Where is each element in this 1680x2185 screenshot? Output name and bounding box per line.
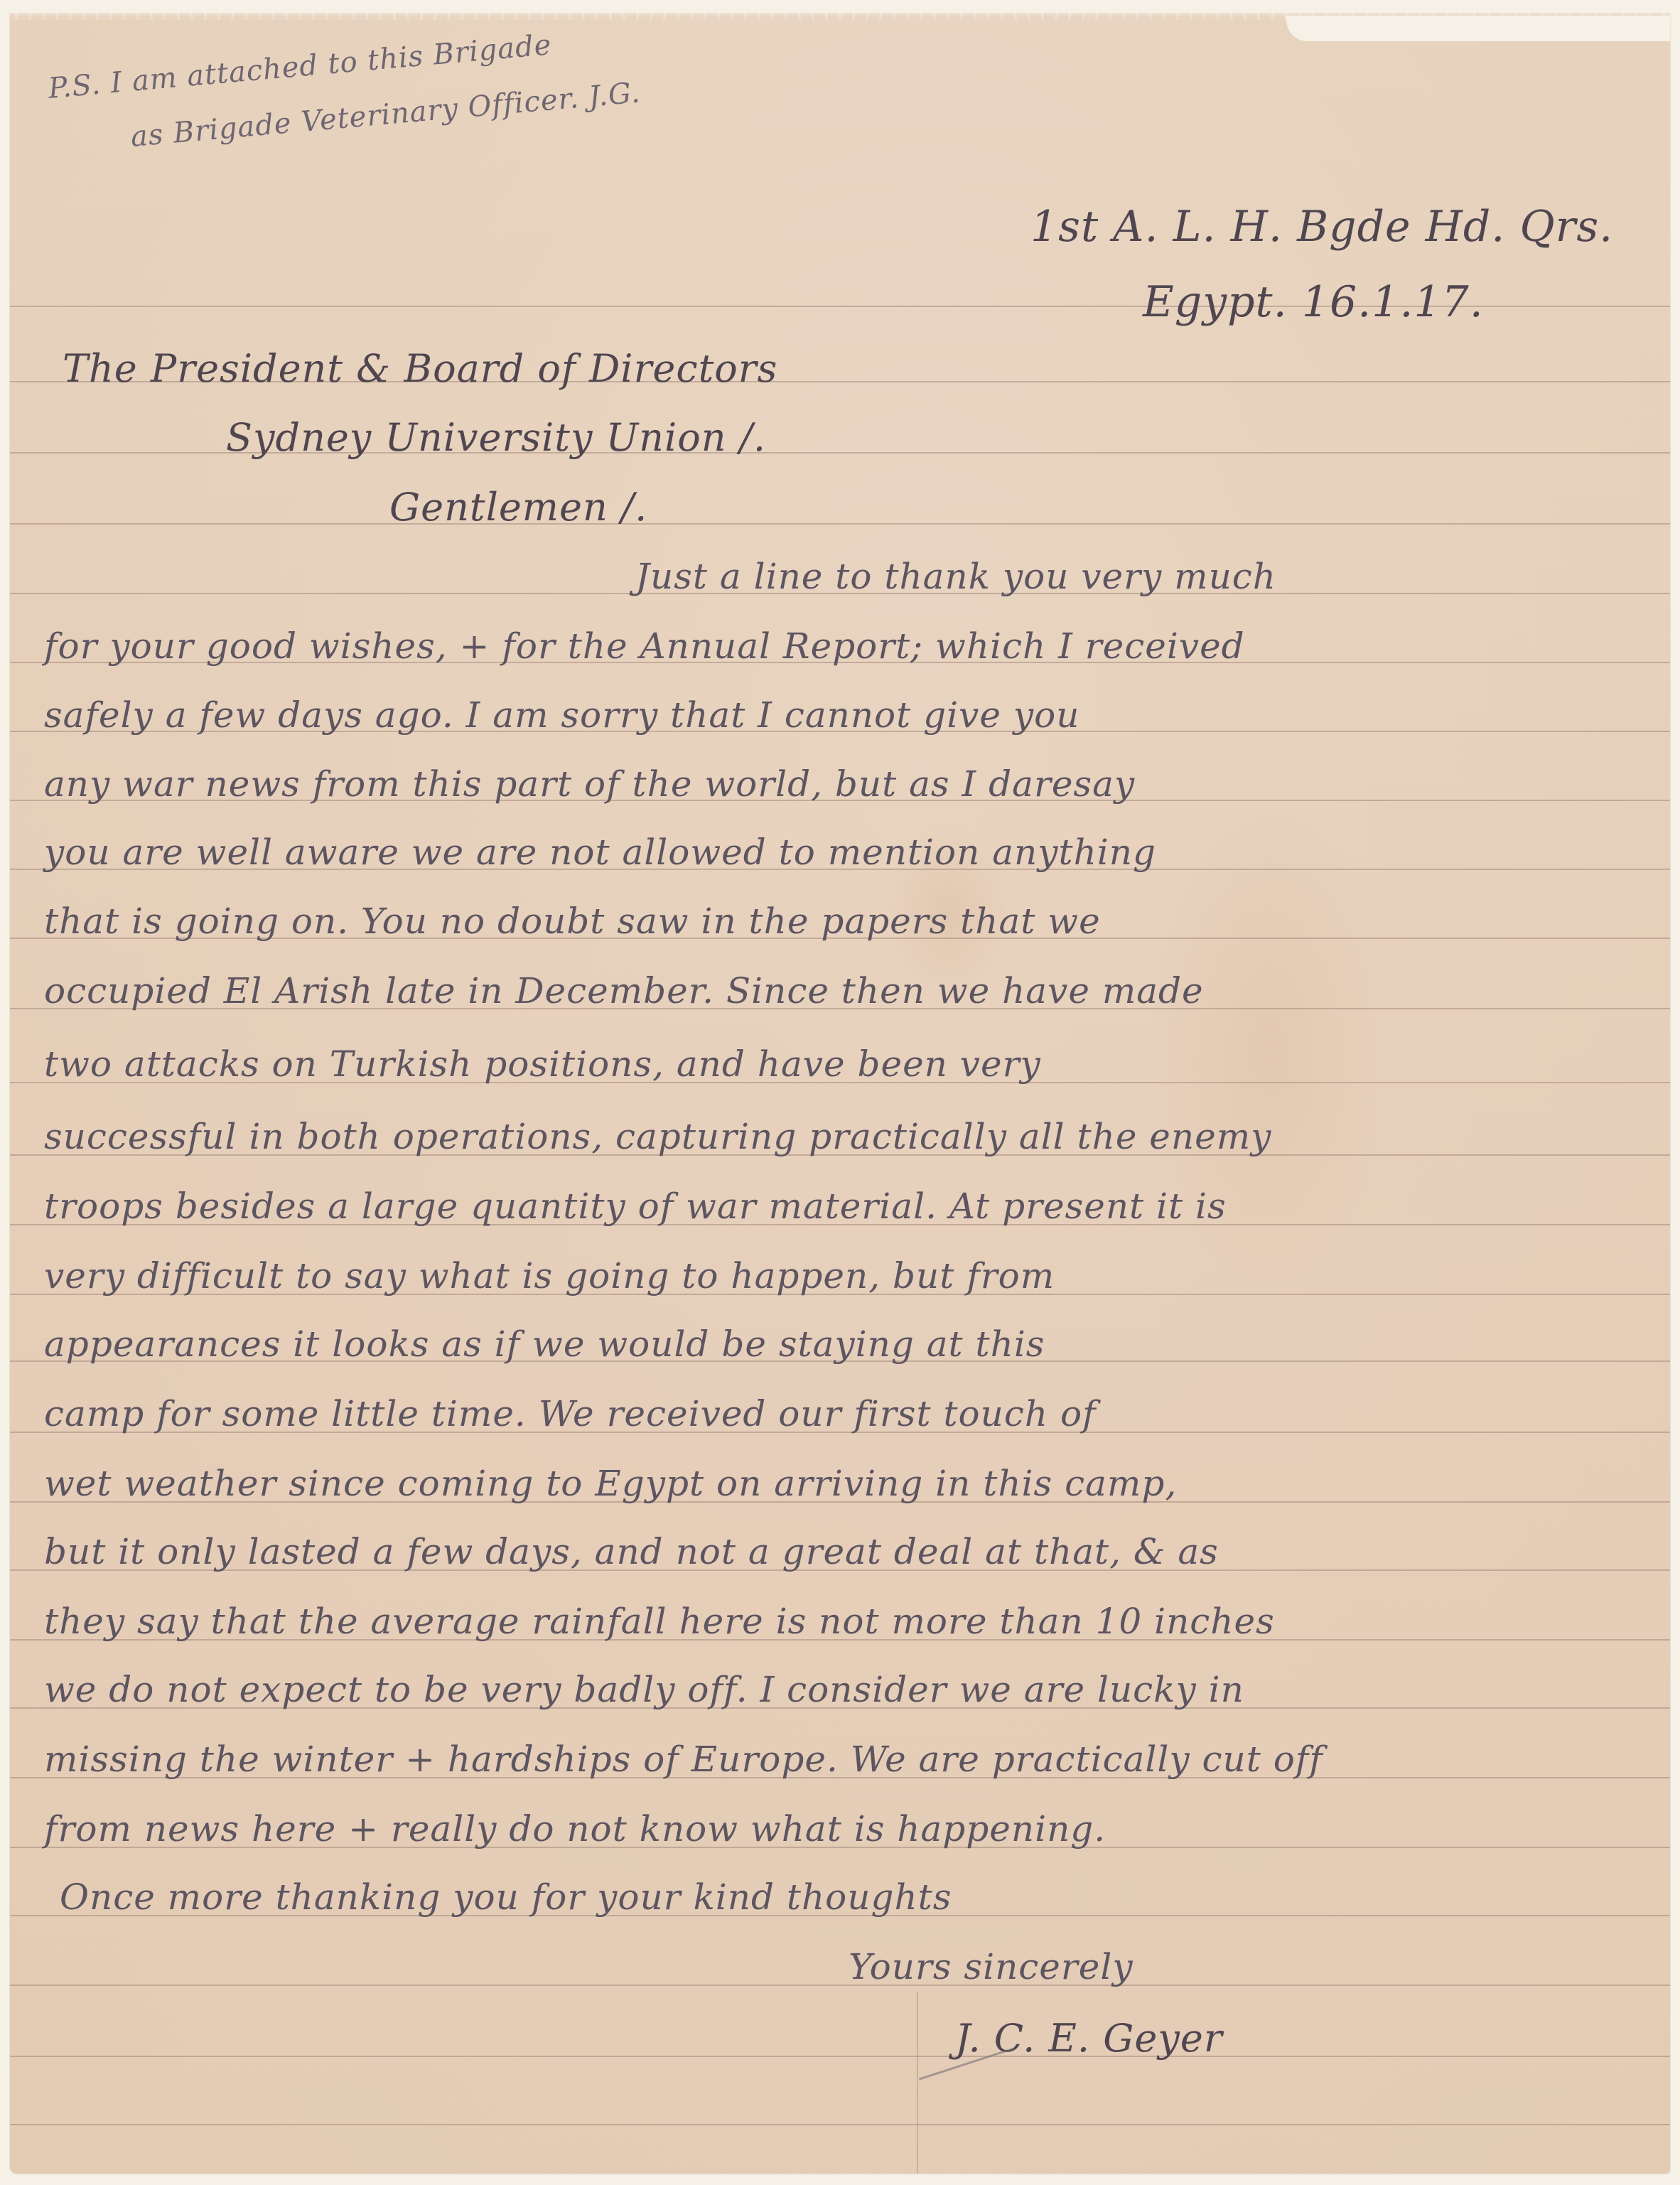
body-line: wet weather since coming to Egypt on arr… xyxy=(44,1463,1177,1504)
body-line: we do not expect to be very badly off. I… xyxy=(44,1669,1244,1710)
body-line: from news here + really do not know what… xyxy=(44,1808,1106,1850)
ruled-line xyxy=(10,523,1670,525)
ruled-line xyxy=(10,2056,1670,2057)
body-line: for your good wishes, + for the Annual R… xyxy=(44,626,1245,667)
sender-address: 1st A. L. H. Bgde Hd. Qrs. xyxy=(1030,202,1613,252)
body-line: any war news from this part of the world… xyxy=(44,763,1135,805)
body-line: Once more thanking you for your kind tho… xyxy=(60,1877,952,1918)
fold-line xyxy=(917,1992,918,2174)
body-line: occupied El Arish late in December. Sinc… xyxy=(44,970,1204,1011)
body-line: that is going on. You no doubt saw in th… xyxy=(44,901,1101,942)
torn-corner xyxy=(1286,16,1670,41)
body-line: you are well aware we are not allowed to… xyxy=(44,832,1156,873)
ruled-line xyxy=(10,2124,1670,2125)
body-line: missing the winter + hardships of Europe… xyxy=(44,1739,1323,1780)
body-line: safely a few days ago. I am sorry that I… xyxy=(44,694,1079,736)
body-line: two attacks on Turkish positions, and ha… xyxy=(44,1043,1041,1085)
letter-page: P.S. I am attached to this Brigade as Br… xyxy=(10,16,1670,2174)
body-line: Just a line to thank you very much xyxy=(635,556,1276,597)
body-line: successful in both operations, capturing… xyxy=(44,1116,1271,1157)
body-line: troops besides a large quantity of war m… xyxy=(44,1186,1227,1227)
salutation: Gentlemen /. xyxy=(389,485,647,530)
body-line: appearances it looks as if we would be s… xyxy=(44,1324,1045,1365)
body-line: camp for some little time. We received o… xyxy=(44,1393,1097,1434)
valediction: Yours sincerely xyxy=(849,1946,1134,1987)
body-line: very difficult to say what is going to h… xyxy=(44,1255,1055,1296)
body-line: but it only lasted a few days, and not a… xyxy=(44,1531,1219,1572)
letter-date: Egypt. 16.1.17. xyxy=(1143,277,1484,327)
body-line: they say that the average rainfall here … xyxy=(44,1601,1275,1642)
ruled-line xyxy=(10,1985,1670,1986)
recipient-line-1: The President & Board of Directors xyxy=(63,346,777,391)
recipient-line-2: Sydney University Union /. xyxy=(226,415,766,460)
